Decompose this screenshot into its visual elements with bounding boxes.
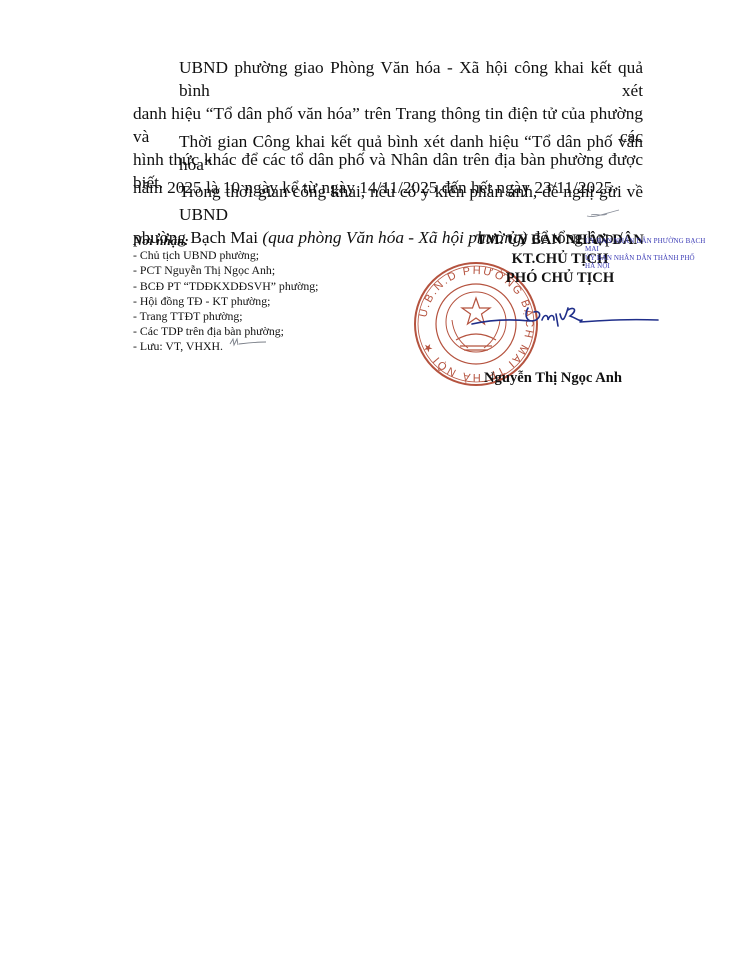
digital-signature-line: Mai <box>585 245 735 253</box>
recipient-item: - BCĐ PT “TDĐKXDĐSVH” phường; <box>133 279 318 294</box>
paragraph-line: Thời gian Công khai kết quả bình xét dan… <box>133 130 643 176</box>
recipient-item: - Hội đồng TĐ - KT phường; <box>133 294 318 309</box>
initials-mark-icon <box>228 336 268 348</box>
paragraph-line: Trong thời gian công khai, nếu có ý kiến… <box>133 180 643 226</box>
signature-title-line: PHÓ CHỦ TỊCH <box>440 269 680 288</box>
paragraph-line: UBND phường giao Phòng Văn hóa - Xã hội … <box>133 56 643 102</box>
signer-name: Nguyễn Thị Ngọc Anh <box>484 370 622 387</box>
recipients-list: Nơi nhận: - Chủ tịch UBND phường; - PCT … <box>133 233 318 355</box>
recipient-item: - Chủ tịch UBND phường; <box>133 248 318 263</box>
recipient-item: - Trang TTĐT phường; <box>133 309 318 324</box>
recipients-heading: Nơi nhận: <box>133 233 318 248</box>
recipient-item: - Các TDP trên địa bàn phường; <box>133 324 318 339</box>
digital-signature-line: Ủy ban Nhân dân phường Bạch <box>585 237 735 245</box>
initials-mark-icon <box>585 206 621 222</box>
recipient-item: - Lưu: VT, VHXH. <box>133 339 318 354</box>
recipient-item: - PCT Nguyễn Thị Ngọc Anh; <box>133 263 318 278</box>
digital-signature-line: Ủy ban Nhân dân thành phố <box>585 254 735 262</box>
handwritten-signature-icon <box>470 300 660 336</box>
digital-signature-label: Ủy ban Nhân dân phường Bạch Mai Ủy ban N… <box>585 237 735 271</box>
digital-signature-line: Hà Nội <box>585 262 735 270</box>
